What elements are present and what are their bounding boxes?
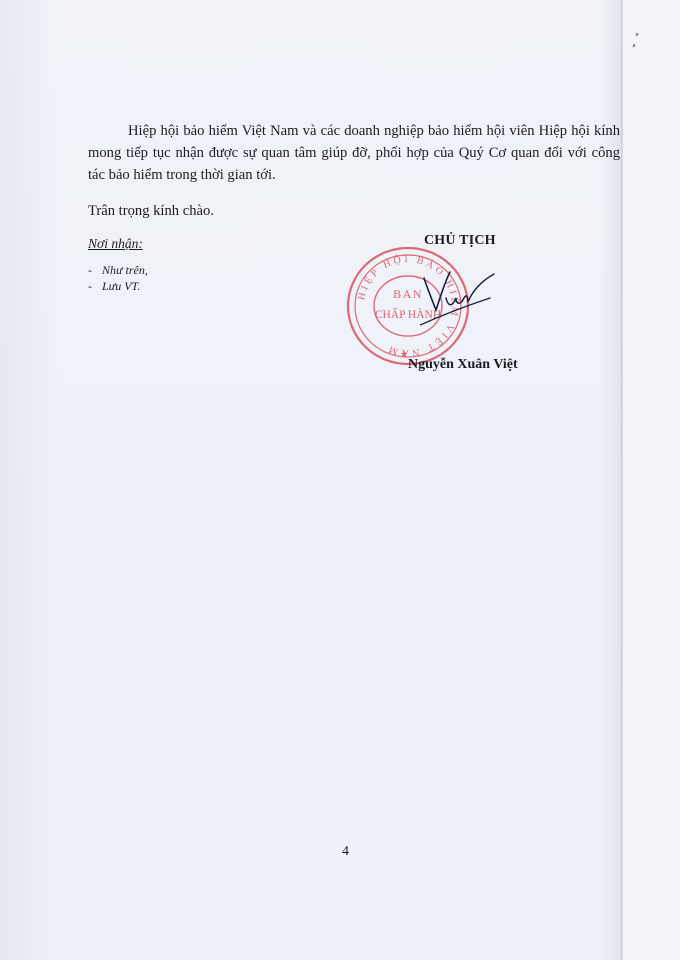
- list-dash: -: [88, 278, 102, 294]
- recipient-text: Như trên,: [102, 263, 148, 277]
- handwritten-signature-icon: [420, 268, 510, 328]
- recipients-list: -Như trên, -Lưu VT.: [88, 262, 148, 294]
- closing-salutation: Trân trọng kính chào.: [88, 203, 214, 220]
- recipient-text: Lưu VT.: [102, 279, 140, 293]
- scan-margin-strip: [623, 0, 680, 960]
- recipients-title: Nơi nhận:: [88, 236, 143, 252]
- signer-title: CHỦ TỊCH: [424, 233, 496, 249]
- stamp-center-line-1: BAN: [393, 287, 423, 301]
- recipient-item: -Lưu VT.: [88, 278, 148, 294]
- body-line: tác bảo hiểm trong thời gian tới.: [88, 164, 620, 186]
- document-page: Hiệp hội bảo hiểm Việt Nam và các doanh …: [0, 0, 680, 960]
- recipient-item: -Như trên,: [88, 262, 148, 278]
- page-number: 4: [342, 844, 349, 860]
- body-paragraph: Hiệp hội bảo hiểm Việt Nam và các doanh …: [88, 120, 620, 186]
- star-icon: ★: [400, 350, 408, 360]
- body-line: mong tiếp tục nhận được sự quan tâm giúp…: [88, 142, 620, 164]
- list-dash: -: [88, 262, 102, 278]
- body-line: Hiệp hội bảo hiểm Việt Nam và các doanh …: [88, 120, 620, 142]
- signer-name: Nguyễn Xuân Việt: [408, 357, 518, 373]
